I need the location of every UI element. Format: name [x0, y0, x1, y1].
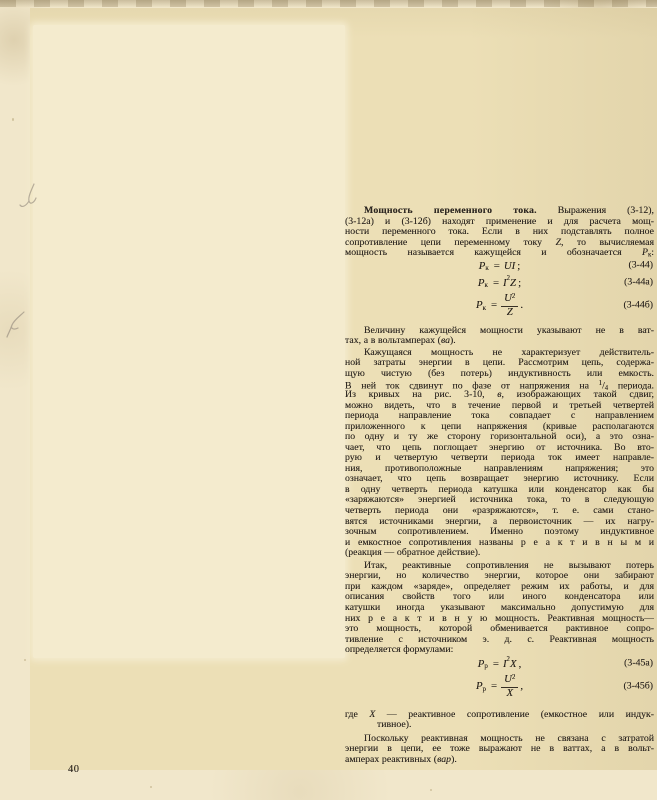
text-run: Из кривых на рис. 3-10, — [345, 390, 497, 400]
text-run: периода. — [608, 381, 654, 390]
text-line: ния, противоположные направлениям напряж… — [345, 464, 654, 475]
text-line: по одну и ту же сторону горизонтальной о… — [345, 432, 654, 443]
equation: Pр=I2X, — [478, 659, 522, 670]
text-line: при каждом «заряде», определяет режим их… — [345, 582, 654, 593]
text-run: ва — [441, 336, 450, 346]
fraction-denominator: Z — [501, 307, 518, 318]
text-run: Мощность переменного тока. — [364, 206, 537, 216]
equation: Pк=I2Z; — [478, 278, 521, 289]
equals-sign: = — [494, 261, 500, 272]
text-line: четверть периода они «разряжаются», т. е… — [345, 506, 654, 517]
text-line: чает, что цепь поглощает энергию от исто… — [345, 443, 654, 454]
scanned-book-page: Мощность переменного тока. Выражения (3-… — [0, 0, 657, 800]
text-line: энергии, но количество энергии, которое … — [345, 571, 654, 582]
text-run: : — [651, 248, 654, 258]
text-line: приложенного к цепи напряжения (кривые р… — [345, 422, 654, 433]
para-reactive-power: Итак, реактивные сопротивления не вызыва… — [345, 561, 654, 656]
text-run: Выражения (3-12), — [537, 206, 654, 216]
formula-3-44b: Pк=U2Z.(3-44б) — [345, 293, 654, 319]
text-line: Кажущаяся мощность не характеризует дейс… — [345, 348, 654, 359]
equation: Pр=U2X, — [476, 674, 523, 699]
text-line: (3-12а) и (3-12б) находят применение и д… — [345, 217, 654, 228]
equation-number: (3-44б) — [624, 300, 653, 311]
text-line: Из кривых на рис. 3-10, в, изображающих … — [345, 390, 654, 401]
text-run: , то вычисляемая — [561, 238, 654, 248]
pencil-mark-1 — [20, 184, 36, 206]
scan-top-edge — [0, 0, 657, 7]
text-run: ). — [451, 755, 457, 765]
text-run: мощность называется кажущейся и обознача… — [345, 248, 642, 258]
equation: Pк=U2Z. — [476, 293, 523, 318]
para-apparent-power: Мощность переменного тока. Выражения (3-… — [345, 206, 654, 259]
equals-sign: = — [491, 300, 497, 311]
formula-lhs: P — [476, 300, 483, 311]
text-line: можно видеть, что в течение первой и тре… — [345, 401, 654, 412]
text-run: , изображающих такой сдвиг, — [502, 390, 654, 400]
para-where-x: где X — реактивное сопротивление (емкост… — [345, 710, 654, 731]
text-line: и емкостное сопротивления названы р е а … — [345, 538, 654, 549]
formula-lhs-subscript: к — [485, 280, 488, 291]
equation: Pк=UI; — [479, 261, 521, 272]
text-line: вятся источниками энергии, а первоисточн… — [345, 517, 654, 528]
text-run: В ней ток сдвинут по фазе от напряжения … — [345, 381, 599, 390]
equals-sign: = — [493, 278, 499, 289]
text-line: ности переменного тока. Если в них подст… — [345, 227, 654, 238]
para-apparent-units: Величину кажущейся мощности указывают не… — [345, 326, 654, 347]
paper-speck — [24, 659, 26, 661]
formula-punctuation: , — [519, 659, 522, 670]
formula-lhs: P — [478, 278, 485, 289]
text-line: (реакция — обратное действие). — [345, 548, 654, 559]
formula-punctuation: . — [520, 300, 523, 311]
formula-3-44: Pк=UI;(3-44) — [345, 260, 654, 273]
blank-light-area — [33, 25, 345, 658]
text-run: сопротивление цепи переменному току — [345, 238, 556, 248]
formula-lhs: P — [476, 681, 483, 692]
formula-punctuation: , — [520, 681, 523, 692]
fraction-numerator: U2 — [501, 293, 518, 305]
formula-term: Z — [510, 278, 516, 289]
formula-term: 2 — [507, 655, 510, 666]
text-line: это мощность, которой обменивается ракти… — [345, 624, 654, 635]
fraction: U2Z — [501, 293, 518, 318]
formula-term: Z — [507, 306, 513, 318]
text-line: катушки иногда указывают максимально доп… — [345, 603, 654, 614]
formula-term: 2 — [512, 674, 515, 681]
paper-speck — [12, 118, 14, 121]
formula-term: 2 — [507, 274, 510, 285]
equation-number: (3-44а) — [624, 278, 653, 289]
text-run: ). — [450, 336, 456, 346]
fraction-denominator: X — [501, 688, 518, 699]
text-line: означает, что цепь возвращает энергию ис… — [345, 474, 654, 485]
formula-3-45a: Pр=I2X,(3-45а) — [345, 658, 654, 671]
equals-sign: = — [491, 681, 497, 692]
text-column: Мощность переменного тока. Выражения (3-… — [345, 206, 654, 765]
formula-term: U — [504, 673, 512, 685]
formula-lhs-subscript: р — [484, 661, 488, 672]
text-run: где — [345, 710, 369, 720]
page-number: 40 — [68, 764, 80, 775]
para-reactive-explanation: Кажущаяся мощность не характеризует дейс… — [345, 348, 654, 559]
text-line: «заряжаются» энергией источника тока, то… — [345, 495, 654, 506]
equation-number: (3-45а) — [624, 659, 653, 670]
text-line: описания свойств того или иного конденса… — [345, 592, 654, 603]
text-run: амперах реактивных ( — [345, 755, 437, 765]
text-line: тивное). — [345, 720, 654, 731]
text-line: щую чистую (без потерь) индуктивность ил… — [345, 369, 654, 380]
text-line: тах, а в вольтамперах (ва). — [345, 336, 654, 347]
text-line: периода направление тока совпадает с нап… — [345, 411, 654, 422]
equation-number: (3-45б) — [624, 681, 653, 692]
text-line: тивление с источником э. д. с. Реактивна… — [345, 635, 654, 646]
text-run: вар — [437, 755, 451, 765]
text-line: где X — реактивное сопротивление (емкост… — [345, 710, 654, 721]
paper-speck — [430, 789, 432, 791]
text-line: них р е а к т и в н у ю мощность. Реакти… — [345, 614, 654, 625]
text-line: мощность называется кажущейся и обознача… — [345, 248, 654, 259]
pencil-margin-marks — [0, 150, 60, 370]
text-line: Итак, реактивные сопротивления не вызыва… — [345, 561, 654, 572]
formula-term: U — [504, 292, 512, 304]
para-reactive-units: Поскольку реактивная мощность не связана… — [345, 734, 654, 766]
fraction-numerator: U2 — [501, 674, 518, 686]
formula-punctuation: ; — [517, 261, 520, 272]
text-line: В ней ток сдвинут по фазе от напряжения … — [345, 379, 654, 390]
formula-term: X — [510, 659, 517, 670]
formula-lhs-subscript: к — [485, 263, 488, 274]
formula-3-44a: Pк=I2Z;(3-44а) — [345, 277, 654, 290]
text-line: зочным сопротивлением. Именно поэтому ин… — [345, 527, 654, 538]
formula-3-45b: Pр=U2X,(3-45б) — [345, 674, 654, 700]
text-line: Величину кажущейся мощности указывают не… — [345, 326, 654, 337]
formula-lhs-subscript: к — [483, 303, 486, 314]
formula-term: UI — [504, 261, 515, 272]
formula-term: X — [506, 687, 513, 699]
text-line: рую и четвертую четверти периода ток име… — [345, 453, 654, 464]
text-line: энергии в цепи, ее тоже выражают не в ва… — [345, 744, 654, 755]
text-line: амперах реактивных (вар). — [345, 755, 654, 766]
pencil-mark-2 — [7, 312, 24, 337]
formula-lhs-subscript: р — [483, 684, 487, 695]
text-run: тах, а в вольтамперах ( — [345, 336, 441, 346]
text-line: сопротивление цепи переменному току Z, т… — [345, 238, 654, 249]
formula-punctuation: ; — [518, 278, 521, 289]
paper-speck — [150, 786, 152, 788]
text-line: Мощность переменного тока. Выражения (3-… — [345, 206, 654, 217]
equation-number: (3-44) — [629, 261, 653, 272]
text-line: Поскольку реактивная мощность не связана… — [345, 734, 654, 745]
text-line: определяется формулами: — [345, 645, 654, 656]
equals-sign: = — [493, 659, 499, 670]
formula-term: 2 — [512, 293, 515, 300]
fraction: U2X — [501, 674, 518, 699]
text-line: в одну четверть периода катушка или конд… — [345, 485, 654, 496]
text-run: — реактивное сопротивление (емкостное ил… — [375, 710, 654, 720]
text-line: ной затраты энергии в цепи. Рассмотрим ц… — [345, 358, 654, 369]
